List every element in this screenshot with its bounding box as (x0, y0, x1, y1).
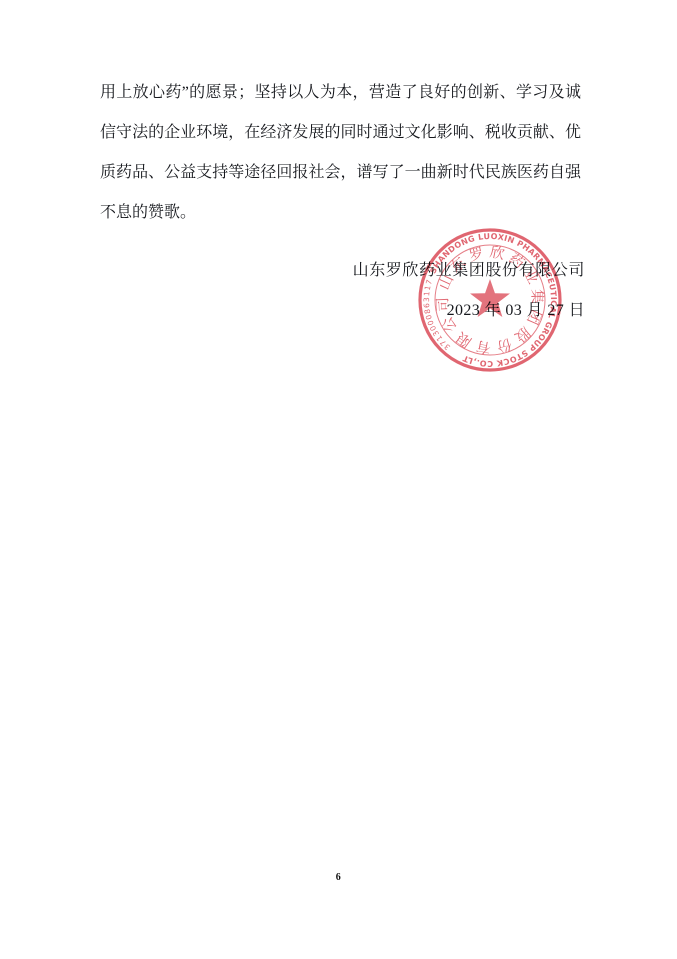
body-line: 不息的赞歌。 (100, 193, 581, 233)
signature-date: 2023 年 03 月 27 日 (353, 291, 585, 331)
body-line: 质药品、公益支持等途径回报社会，谱写了一曲新时代民族医药自强 (100, 153, 581, 193)
body-paragraph: 用上放心药”的愿景；坚持以人为本，营造了良好的创新、学习及诚 信守法的企业环境，… (100, 73, 581, 233)
page-number: 6 (0, 872, 677, 883)
body-line: 信守法的企业环境，在经济发展的同时通过文化影响、税收贡献、优 (100, 113, 581, 153)
document-page: 用上放心药”的愿景；坚持以人为本，营造了良好的创新、学习及诚 信守法的企业环境，… (0, 0, 677, 959)
signature-block: 山东罗欣药业集团股份有限公司 2023 年 03 月 27 日 (353, 251, 585, 331)
signature-company-name: 山东罗欣药业集团股份有限公司 (353, 251, 585, 291)
body-line: 用上放心药”的愿景；坚持以人为本，营造了良好的创新、学习及诚 (100, 73, 581, 113)
